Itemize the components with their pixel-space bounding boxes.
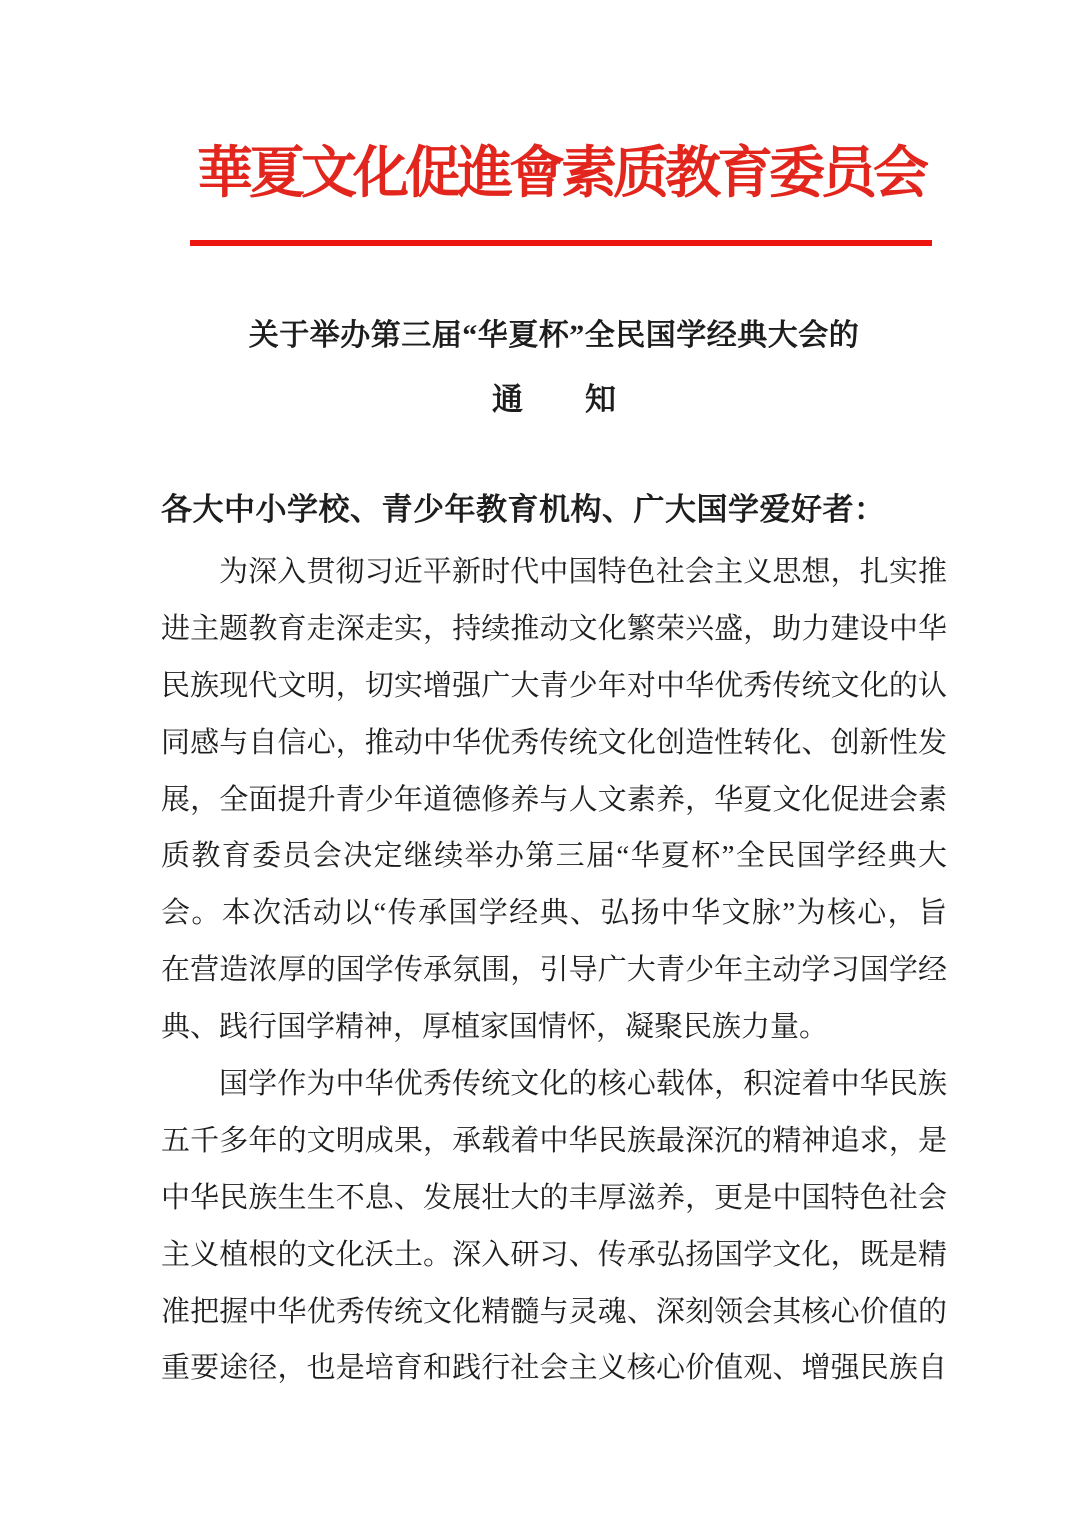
body-line: 五千多年的文明成果，承载着中华民族最深沉的精神追求，是 <box>161 1113 947 1170</box>
body-line: 国学作为中华优秀传统文化的核心载体，积淀着中华民族 <box>161 1056 947 1113</box>
letterhead-rule <box>190 240 932 246</box>
body-line: 重要途径，也是培育和践行社会主义核心价值观、增强民族自 <box>161 1340 947 1397</box>
body-line: 主义植根的文化沃土。深入研习、传承弘扬国学文化，既是精 <box>161 1227 947 1284</box>
notice-salutation: 各大中小学校、青少年教育机构、广大国学爱好者： <box>161 490 961 530</box>
letterhead-org-name: 華夏文化促進會素质教育委员会 <box>190 126 932 222</box>
body-line: 质教育委员会决定继续举办第三届“华夏杯”全民国学经典大 <box>161 828 947 885</box>
notice-title-line2: 通 知 <box>161 379 947 421</box>
body-line: 展，全面提升青少年道德修养与人文素养，华夏文化促进会素 <box>161 772 947 829</box>
body-line: 同感与自信心，推动中华优秀传统文化创造性转化、创新性发 <box>161 715 947 772</box>
notice-body: 为深入贯彻习近平新时代中国特色社会主义思想，扎实推 进主题教育走深走实，持续推动… <box>161 544 947 1397</box>
body-line: 准把握中华优秀传统文化精髓与灵魂、深刻领会其核心价值的 <box>161 1284 947 1341</box>
body-line: 进主题教育走深走实，持续推动文化繁荣兴盛，助力建设中华 <box>161 601 947 658</box>
document-page: 華夏文化促進會素质教育委员会 关于举办第三届“华夏杯”全民国学经典大会的 通 知… <box>0 0 1080 1527</box>
body-line: 民族现代文明，切实增强广大青少年对中华优秀传统文化的认 <box>161 658 947 715</box>
body-line: 为深入贯彻习近平新时代中国特色社会主义思想，扎实推 <box>161 544 947 601</box>
body-line: 中华民族生生不息、发展壮大的丰厚滋养，更是中国特色社会 <box>161 1170 947 1227</box>
notice-title-line1: 关于举办第三届“华夏杯”全民国学经典大会的 <box>161 316 947 356</box>
body-line: 在营造浓厚的国学传承氛围，引导广大青少年主动学习国学经 <box>161 942 947 999</box>
body-line: 典、践行国学精神，厚植家国情怀，凝聚民族力量。 <box>161 999 947 1056</box>
body-line: 会。本次活动以“传承国学经典、弘扬中华文脉”为核心，旨 <box>161 885 947 942</box>
